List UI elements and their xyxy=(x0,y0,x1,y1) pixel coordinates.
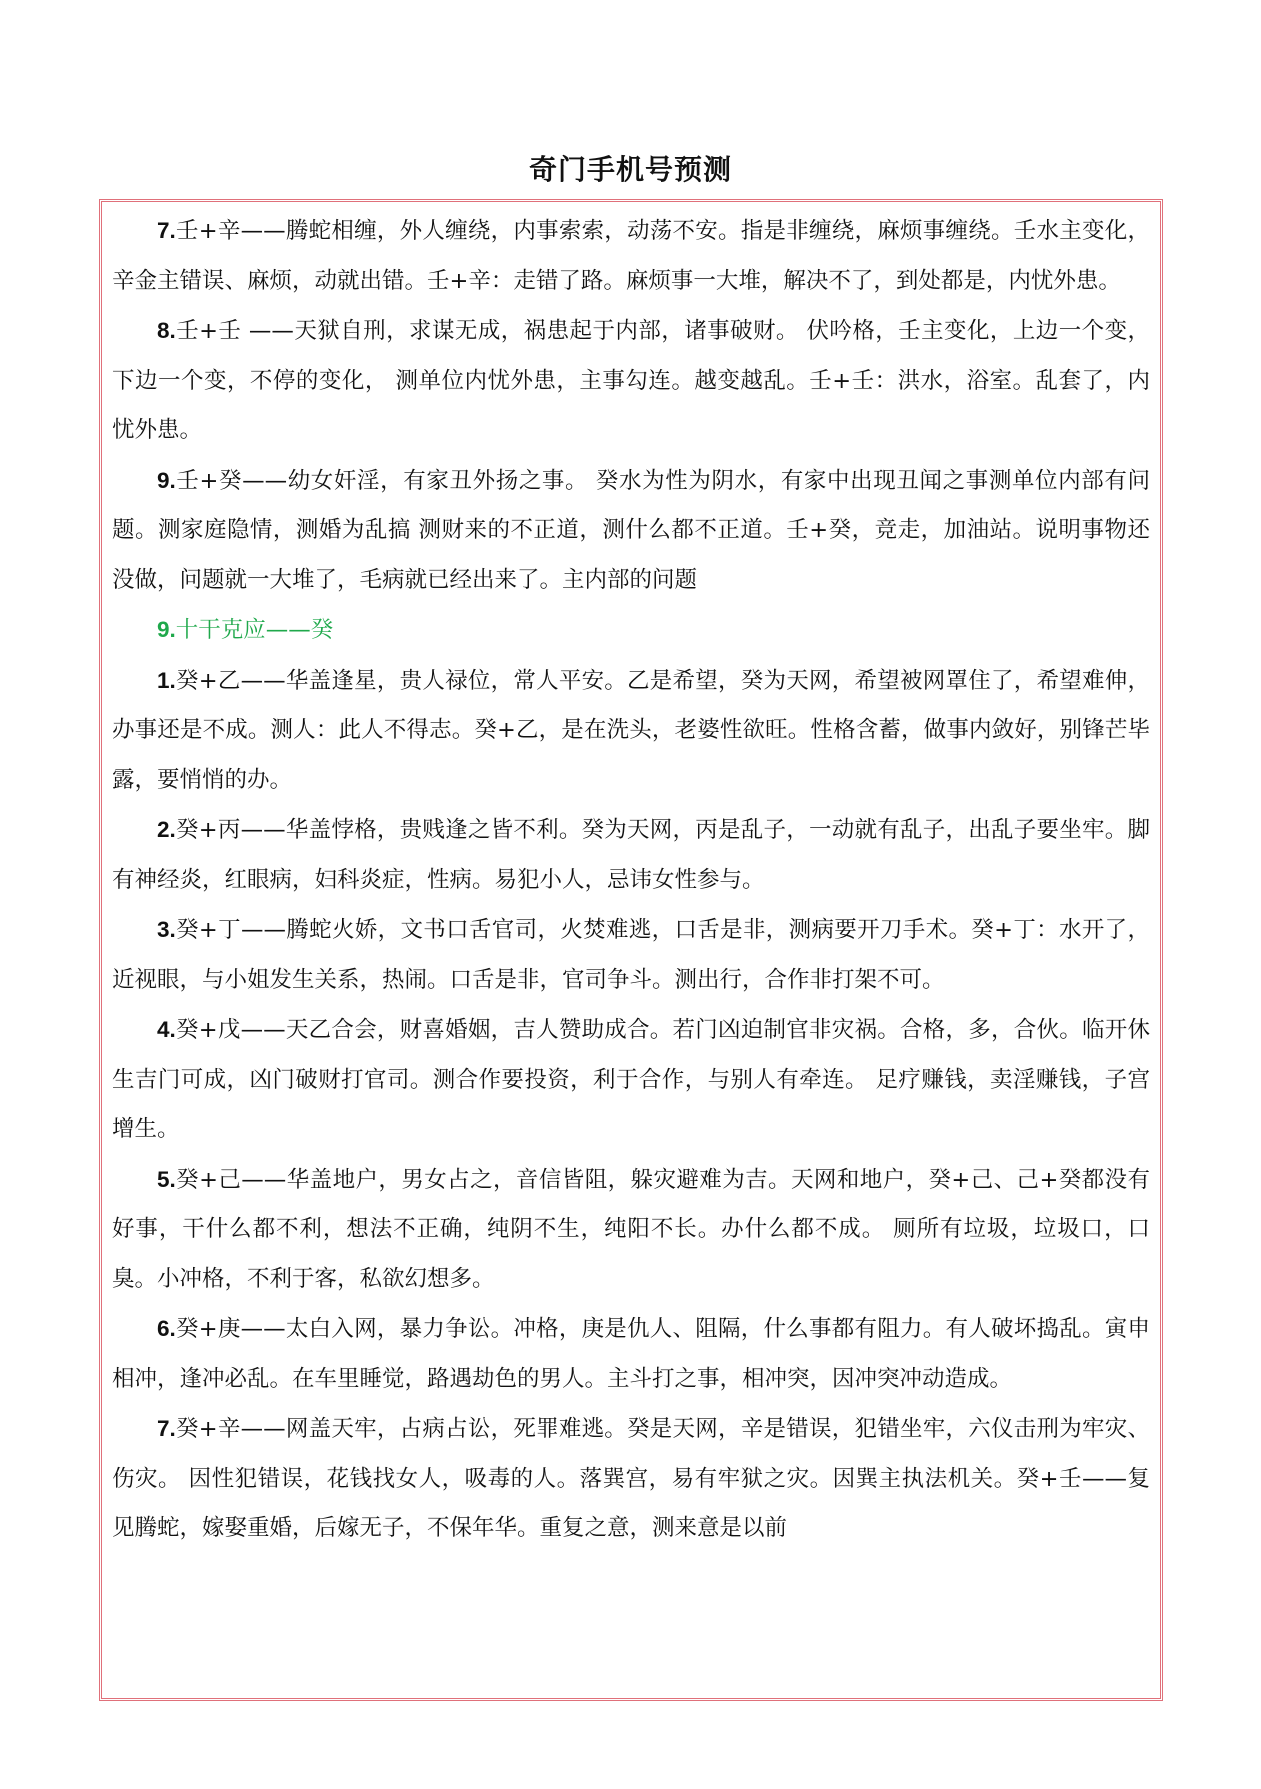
item-number: 9. xyxy=(157,468,176,493)
item-number: 7. xyxy=(157,218,176,243)
document-body: 7.壬+辛——腾蛇相缠，外人缠绕，内事索索，动荡不安。指是非缠绕，麻烦事缠绕。壬… xyxy=(112,206,1150,1554)
paragraph-gui-yi: 1.癸+乙——华盖逢星，贵人禄位，常人平安。乙是希望，癸为天网，希望被网罩住了，… xyxy=(112,656,1150,806)
paragraph-ren-gui: 9.壬+癸——幼女奸淫，有家丑外扬之事。 癸水为性为阴水，有家中出现丑闻之事测单… xyxy=(112,456,1150,606)
item-number: 4. xyxy=(157,1017,176,1042)
paragraph-gui-ji: 5.癸+己——华盖地户，男女占之，音信皆阻，躲灾避难为吉。天网和地户，癸+己、己… xyxy=(112,1155,1150,1305)
section-title: 十干克应——癸 xyxy=(176,617,334,643)
paragraph-gui-bing: 2.癸+丙——华盖悖格，贵贱逢之皆不利。癸为天网，丙是乱子，一动就有乱子，出乱子… xyxy=(112,805,1150,905)
content-frame: 7.壬+辛——腾蛇相缠，外人缠绕，内事索索，动荡不安。指是非缠绕，麻烦事缠绕。壬… xyxy=(99,199,1163,1701)
page-title: 奇门手机号预测 xyxy=(0,148,1261,188)
item-number: 3. xyxy=(157,917,176,942)
section-number: 9. xyxy=(157,617,176,642)
item-lead: 癸+辛—— xyxy=(176,1416,286,1442)
item-lead: 壬+癸—— xyxy=(176,468,287,494)
item-lead: 癸+戊—— xyxy=(176,1017,286,1043)
paragraph-gui-geng: 6.癸+庚——太白入网，暴力争讼。冲格，庚是仇人、阻隔，什么事都有阻力。有人破坏… xyxy=(112,1304,1150,1404)
item-number: 7. xyxy=(157,1416,176,1441)
paragraph-gui-ding: 3.癸+丁——腾蛇火娇，文书口舌官司，火焚难逃，口舌是非，测病要开刀手术。癸+丁… xyxy=(112,905,1150,1005)
item-lead: 癸+己—— xyxy=(176,1167,287,1193)
item-lead: 壬+壬 —— xyxy=(176,318,294,344)
item-lead: 壬+辛—— xyxy=(176,218,286,244)
item-lead: 癸+庚—— xyxy=(176,1316,286,1342)
item-number: 1. xyxy=(157,668,176,693)
item-lead: 癸+丁—— xyxy=(176,917,286,943)
item-lead: 癸+丙—— xyxy=(176,817,286,843)
section-heading-gui: 9.十干克应——癸 xyxy=(112,605,1150,656)
paragraph-ren-ren: 8.壬+壬 ——天狱自刑，求谋无成，祸患起于内部，诸事破财。 伏吟格，壬主变化，… xyxy=(112,306,1150,456)
item-lead: 癸+乙—— xyxy=(176,668,286,694)
paragraph-gui-wu: 4.癸+戊——天乙合会，财喜婚姻，吉人赞助成合。若门凶迫制官非灾祸。合格，多，合… xyxy=(112,1005,1150,1155)
item-number: 8. xyxy=(157,318,176,343)
item-number: 5. xyxy=(157,1167,176,1192)
paragraph-ren-xin: 7.壬+辛——腾蛇相缠，外人缠绕，内事索索，动荡不安。指是非缠绕，麻烦事缠绕。壬… xyxy=(112,206,1150,306)
item-number: 6. xyxy=(157,1316,176,1341)
paragraph-gui-xin: 7.癸+辛——网盖天牢，占病占讼，死罪难逃。癸是天网，辛是错误，犯错坐牢，六仪击… xyxy=(112,1404,1150,1554)
item-number: 2. xyxy=(157,817,176,842)
